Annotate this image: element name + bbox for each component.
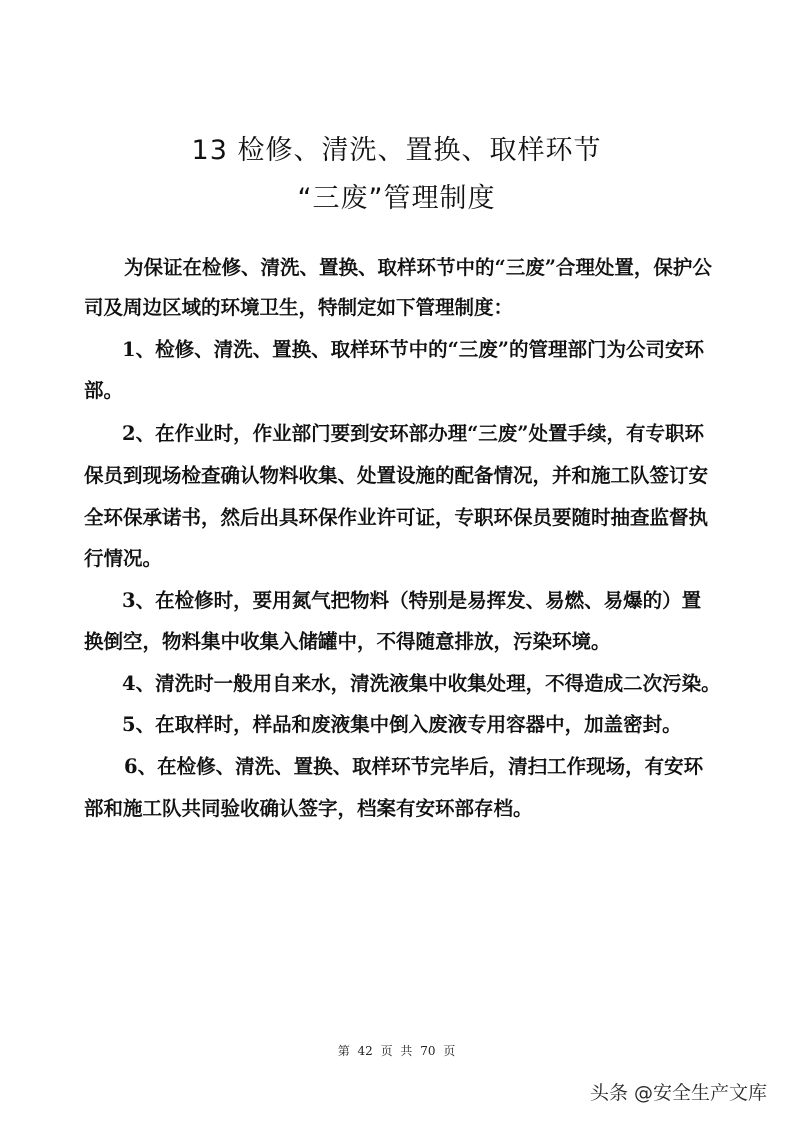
source-watermark: 头条 @安全生产文库	[590, 1078, 767, 1105]
rule-1-line-2: 部。	[84, 375, 123, 403]
rule-2-line-2: 保员到现场检查确认物料收集、处置设施的配备情况，并和施工队签订安	[84, 460, 708, 488]
document-title-line-2: “三废”管理制度	[0, 176, 793, 215]
rule-4-line-1: 4、清洗时一般用自来水，清洗液集中收集处理，不得造成二次污染。	[122, 668, 721, 696]
document-page: 13 检修、清洗、置换、取样环节 “三废”管理制度 为保证在检修、清洗、置换、取…	[0, 0, 793, 1122]
rule-3-line-2: 换倒空，物料集中收集入储罐中，不得随意排放，污染环境。	[84, 626, 611, 654]
intro-paragraph-line-2: 司及周边区域的环境卫生，特制定如下管理制度：	[84, 292, 513, 320]
page-number-footer: 第 42 页 共 70 页	[0, 1042, 793, 1059]
rule-6-line-2: 部和施工队共同验收确认签字，档案有安环部存档。	[84, 793, 533, 821]
rule-3-line-1: 3、在检修时，要用氮气把物料（特别是易挥发、易燃、易爆的）置	[122, 585, 701, 613]
intro-paragraph-line-1: 为保证在检修、清洗、置换、取样环节中的“三废”合理处置，保护公	[124, 252, 712, 280]
rule-2-line-3: 全环保承诺书，然后出具环保作业许可证，专职环保员要随时抽查监督执	[84, 502, 708, 530]
rule-1-line-1: 1、检修、清洗、置换、取样环节中的“三废”的管理部门为公司安环	[122, 334, 704, 362]
rule-2-line-1: 2、在作业时，作业部门要到安环部办理“三废”处置手续，有专职环	[122, 418, 704, 446]
rule-2-line-4: 行情况。	[84, 543, 162, 571]
document-title-line-1: 13 检修、清洗、置换、取样环节	[0, 128, 793, 167]
rule-6-line-1: 6、在检修、清洗、置换、取样环节完毕后，清扫工作现场，有安环	[124, 751, 703, 779]
rule-5-line-1: 5、在取样时，样品和废液集中倒入废液专用容器中，加盖密封。	[122, 709, 682, 737]
